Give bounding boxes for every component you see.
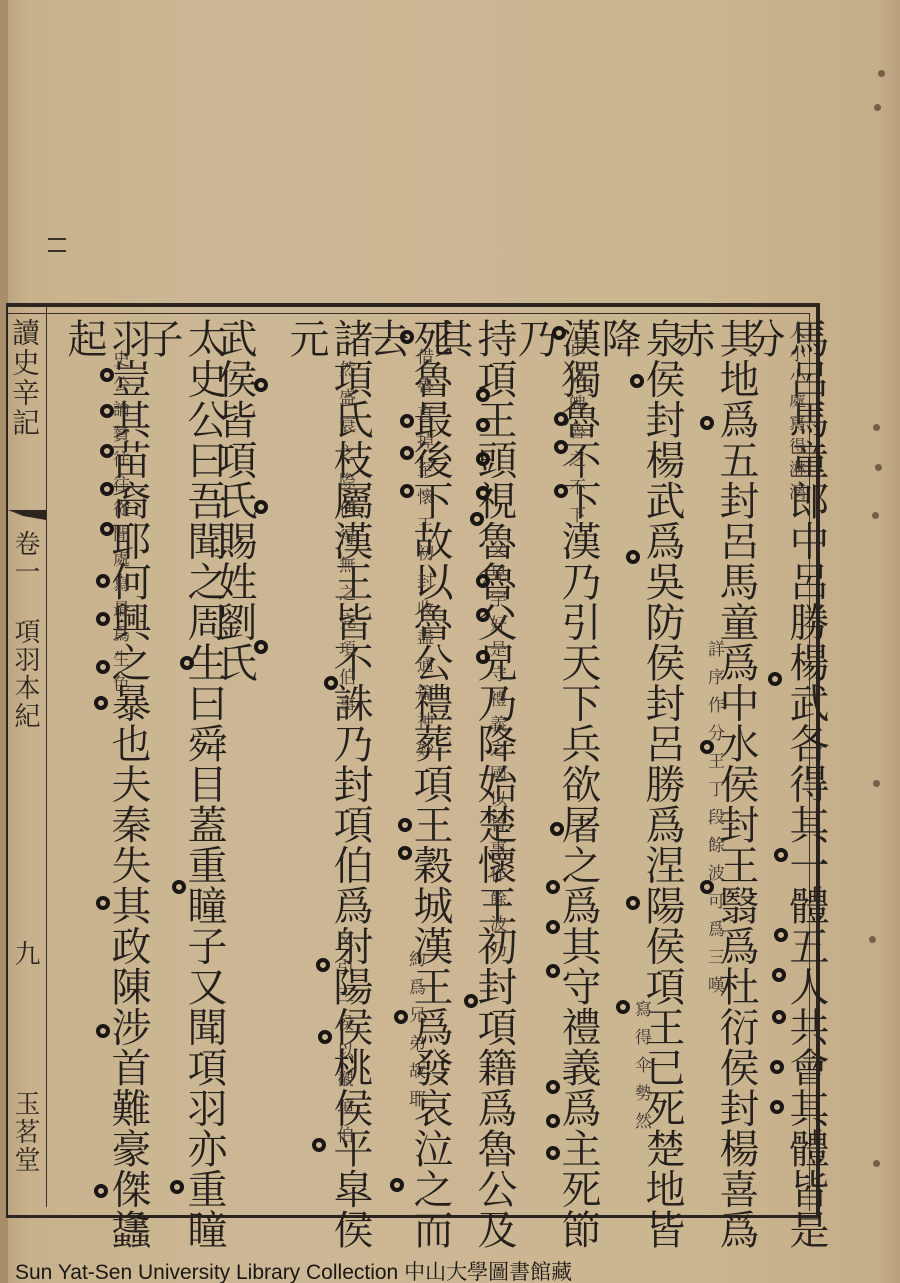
emphasis-circle-mark (630, 374, 644, 388)
stitch-hole (869, 936, 876, 943)
emphasis-circle-mark (770, 1060, 784, 1074)
emphasis-circle-mark (394, 1010, 408, 1024)
emphasis-circle-mark (476, 650, 490, 664)
leaf-mark (48, 238, 66, 252)
emphasis-circle-mark (398, 818, 412, 832)
emphasis-circle-mark (552, 326, 566, 340)
emphasis-circle-mark (546, 920, 560, 934)
emphasis-circle-mark (700, 740, 714, 754)
stitch-hole (873, 424, 880, 431)
emphasis-circle-mark (318, 1030, 332, 1044)
publisher-mark: 玉茗堂 (10, 1090, 44, 1174)
emphasis-circle-mark (96, 574, 110, 588)
text-column-4: 漢獨魯不下漢乃引天下兵欲屠之爲其守禮義爲主死節乃 (512, 318, 600, 1283)
emphasis-circle-mark (400, 446, 414, 460)
emphasis-circle-mark (94, 1184, 108, 1198)
emphasis-circle-mark (470, 512, 484, 526)
emphasis-circle-mark (772, 1010, 786, 1024)
emphasis-circle-mark (100, 404, 114, 418)
emphasis-circle-mark (390, 1178, 404, 1192)
emphasis-circle-mark (476, 452, 490, 466)
annotation-col1: 人小小處寫得淋漓 (786, 322, 804, 506)
emphasis-circle-mark (554, 440, 568, 454)
emphasis-circle-mark (398, 846, 412, 860)
book-page: 讀史辛記 卷一 項羽本紀 九 玉茗堂 馬呂馬童郎中呂勝楊武各得其一體五人共會其體… (0, 0, 900, 1283)
emphasis-circle-mark (616, 1000, 630, 1014)
text-column-10: 羽豈其苗裔耶何興之暴也夫秦失其政陳涉首難豪傑蠭起 (62, 318, 150, 1283)
emphasis-circle-mark (546, 1146, 560, 1160)
emphasis-circle-mark (100, 444, 114, 458)
emphasis-circle-mark (96, 896, 110, 910)
emphasis-circle-mark (772, 968, 786, 982)
emphasis-circle-mark (626, 550, 640, 564)
text-column-9: 太史公曰吾聞之周生曰舜目蓋重瞳子又聞項羽亦重瞳子 (138, 318, 226, 1283)
emphasis-circle-mark (546, 964, 560, 978)
annotation-col7-lower: 又引三侯以襯項伯 (334, 930, 352, 1154)
emphasis-circle-mark (96, 660, 110, 674)
annotation-col5: 父兄字好是守禮義之國以魯事作餘波乃 (487, 540, 505, 965)
emphasis-circle-mark (316, 958, 330, 972)
emphasis-circle-mark (400, 484, 414, 498)
emphasis-circle-mark (554, 484, 568, 498)
emphasis-circle-mark (546, 880, 560, 894)
emphasis-circle-mark (464, 994, 478, 1008)
emphasis-circle-mark (94, 696, 108, 710)
emphasis-circle-mark (476, 388, 490, 402)
stitch-hole (873, 780, 880, 787)
emphasis-circle-mark (476, 574, 490, 588)
stitch-hole (872, 512, 879, 519)
emphasis-circle-mark (476, 418, 490, 432)
emphasis-circle-mark (324, 676, 338, 690)
text-column-6: 死魯最後下故以魯公禮葬項王穀城漢王爲發哀泣之而去 (364, 318, 452, 1283)
emphasis-circle-mark (550, 822, 564, 836)
emphasis-circle-mark (546, 1080, 560, 1094)
book-title: 讀史辛記 (10, 318, 44, 438)
annotation-col2: 詳序作分王丁段餘波可爲三嘆 (705, 640, 723, 1004)
emphasis-circle-mark (774, 848, 788, 862)
emphasis-circle-mark (476, 486, 490, 500)
emphasis-circle-mark (476, 608, 490, 622)
stitch-hole (878, 70, 885, 77)
emphasis-circle-mark (546, 1114, 560, 1128)
text-column-7: 諸項氏枝屬漢王皆不誅乃封項伯爲射陽侯桃侯平皐侯元 (284, 318, 372, 1283)
emphasis-circle-mark (96, 1024, 110, 1038)
emphasis-circle-mark (770, 1100, 784, 1114)
chapter-title: 卷一 項羽本紀 (10, 530, 44, 730)
emphasis-circle-mark (254, 378, 268, 392)
emphasis-circle-mark (100, 368, 114, 382)
emphasis-circle-mark (700, 416, 714, 430)
emphasis-circle-mark (100, 522, 114, 536)
emphasis-circle-mark (400, 330, 414, 344)
emphasis-circle-mark (626, 896, 640, 910)
page-number: 九 (10, 940, 44, 968)
stitch-hole (873, 1160, 880, 1167)
emphasis-circle-mark (180, 656, 194, 670)
emphasis-circle-mark (254, 500, 268, 514)
emphasis-circle-mark (774, 928, 788, 942)
annotation-col4: 正以魄魯之不下 (566, 338, 584, 534)
emphasis-circle-mark (400, 414, 414, 428)
emphasis-circle-mark (170, 1180, 184, 1194)
annotation-col7-upper: 然盛衰之際何得無之完項伯事 (336, 360, 354, 724)
emphasis-circle-mark (700, 880, 714, 894)
annotation-col6-upper: 借魯直掉至懷王初封收盡通篇神妙 (414, 348, 432, 768)
stitch-hole (874, 104, 881, 111)
stitch-hole (875, 464, 882, 471)
emphasis-circle-mark (768, 672, 782, 686)
emphasis-circle-mark (554, 412, 568, 426)
collection-caption: Sun Yat-Sen University Library Collectio… (15, 1256, 572, 1283)
annotation-col3: 寫得伞勢然 (632, 1000, 650, 1140)
margin-column (6, 307, 47, 1207)
emphasis-circle-mark (172, 880, 186, 894)
emphasis-circle-mark (312, 1138, 326, 1152)
annotation-col6-lower: 約爲兄弟故耶 (406, 950, 424, 1118)
emphasis-circle-mark (100, 482, 114, 496)
emphasis-circle-mark (96, 612, 110, 626)
emphasis-circle-mark (254, 640, 268, 654)
